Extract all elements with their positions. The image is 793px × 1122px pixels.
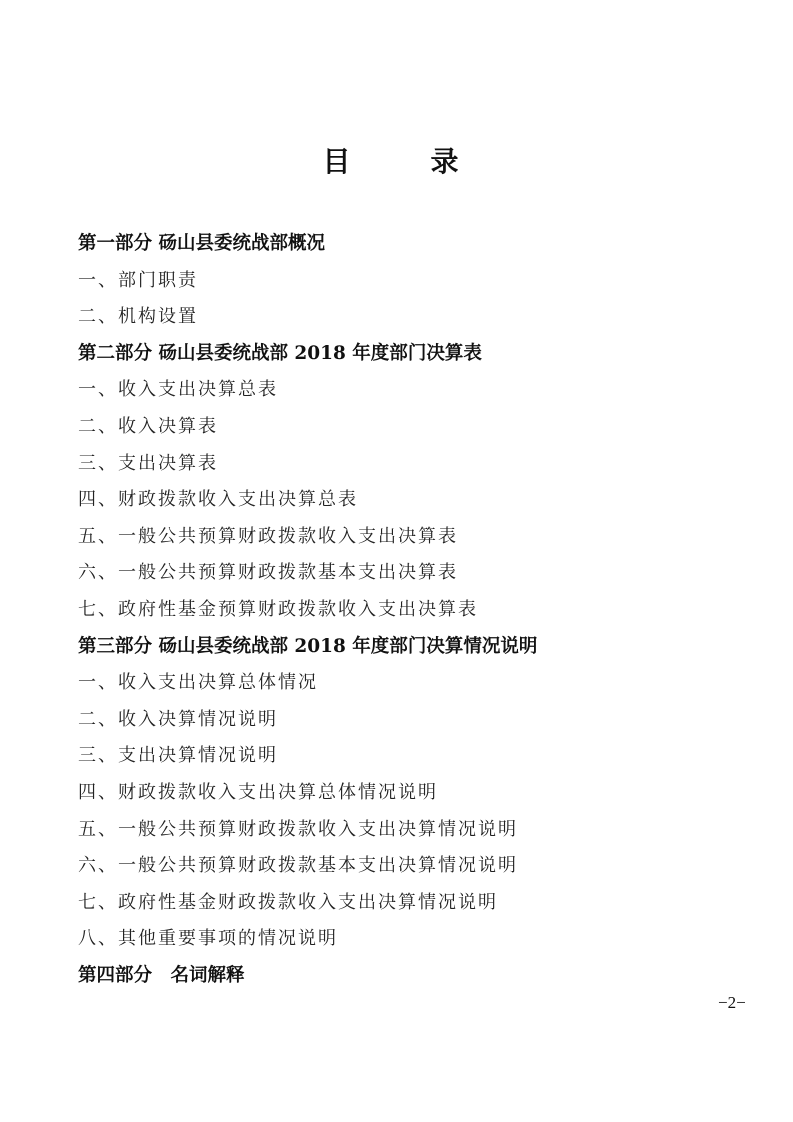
page-number: −2− [718,993,746,1013]
toc-item[interactable]: 一、部门职责 [78,263,537,300]
toc-item[interactable]: 五、一般公共预算财政拨款收入支出决算情况说明 [78,812,537,849]
toc-item[interactable]: 三、支出决算表 [78,446,537,483]
toc-part-4[interactable]: 第四部分 名词解释 [78,958,537,995]
toc-item[interactable]: 四、财政拨款收入支出决算总体情况说明 [78,775,537,812]
toc-item[interactable]: 八、其他重要事项的情况说明 [78,921,537,958]
toc-item[interactable]: 二、机构设置 [78,299,537,336]
toc-item[interactable]: 二、收入决算情况说明 [78,702,537,739]
toc-item[interactable]: 五、一般公共预算财政拨款收入支出决算表 [78,519,537,556]
table-of-contents: 第一部分 砀山县委统战部概况 一、部门职责 二、机构设置 第二部分 砀山县委统战… [78,226,537,994]
toc-item[interactable]: 三、支出决算情况说明 [78,738,537,775]
toc-item[interactable]: 六、一般公共预算财政拨款基本支出决算情况说明 [78,848,537,885]
toc-item[interactable]: 七、政府性基金预算财政拨款收入支出决算表 [78,592,537,629]
page-title: 目 录 [0,140,793,180]
toc-item[interactable]: 六、一般公共预算财政拨款基本支出决算表 [78,555,537,592]
toc-item[interactable]: 七、政府性基金财政拨款收入支出决算情况说明 [78,885,537,922]
toc-item[interactable]: 一、收入支出决算总表 [78,372,537,409]
toc-item[interactable]: 四、财政拨款收入支出决算总表 [78,482,537,519]
toc-part-2[interactable]: 第二部分 砀山县委统战部 2018 年度部门决算表 [78,336,537,373]
toc-item[interactable]: 一、收入支出决算总体情况 [78,665,537,702]
toc-part-1[interactable]: 第一部分 砀山县委统战部概况 [78,226,537,263]
toc-item[interactable]: 二、收入决算表 [78,409,537,446]
toc-part-3[interactable]: 第三部分 砀山县委统战部 2018 年度部门决算情况说明 [78,629,537,666]
